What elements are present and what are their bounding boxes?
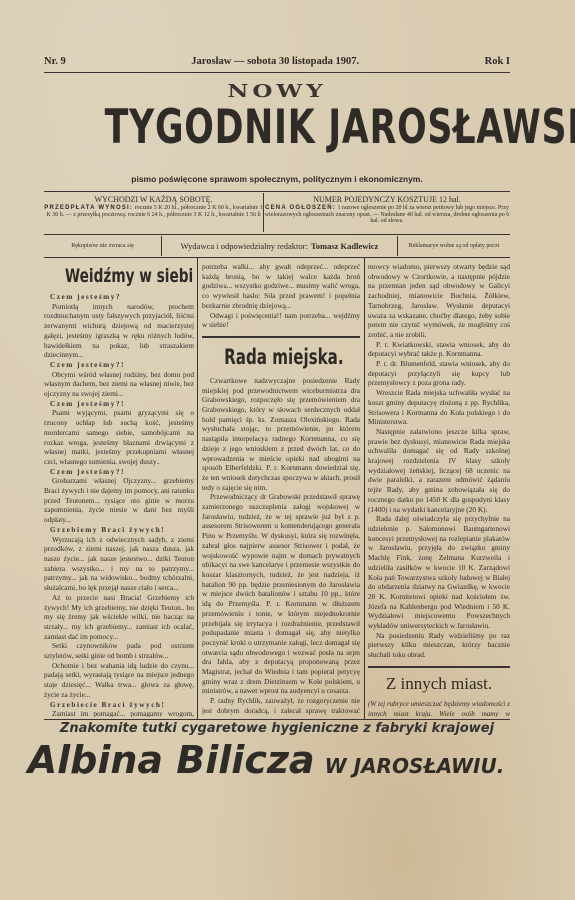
article-paragraph: Obcymi wśród własnej rodziny, bez domu p… (44, 370, 194, 399)
article-paragraph: Następnie załatwiono jeszcze kilka spraw… (368, 427, 510, 514)
article-subheading: Czem jesteśmy? (44, 292, 194, 302)
article-subheading: Czem jesteśmy?! (44, 467, 194, 477)
article-paragraph: Zamiast im pomagać... pomagamy wrogom, d… (44, 709, 194, 717)
divider (44, 257, 510, 258)
article-intro: (W tej rubryce umieszczać będziemy wiado… (368, 700, 510, 717)
divider (44, 719, 510, 720)
article-paragraph: Aż to przecie nasi Bracia! Grzebiemy ich… (44, 593, 194, 642)
newspaper-title: TYGODNIK JAROSŁAWSKI (105, 104, 450, 151)
column-divider (364, 258, 365, 719)
column-3: mowcy wiadomo, pierwszy otwarty będzie s… (368, 262, 510, 717)
year-label: Rok I (485, 56, 510, 67)
article-paragraph: Grobarzami własnej Ojczyzny... grzebiemy… (44, 476, 194, 525)
single-issue-price: NUMER POJEDYNCZY KOSZTUJE 12 hal. (264, 195, 510, 205)
article-paragraph: potrzeba walki... aby gwałt odeprzeć... … (202, 262, 360, 311)
subscription-info: WYCHODZI W KAŻDĄ SOBOTĘ. PRZEDPŁATA WYNO… (44, 193, 264, 232)
article-subheading: Czem jesteśmy?! (44, 360, 194, 370)
article-paragraph: Odwagi i poświęcenia!! nam potrzeba... w… (202, 311, 360, 330)
divider (44, 72, 510, 73)
article-paragraph: Rada dalej oświadczyła się przychylnie n… (368, 514, 510, 630)
divider (44, 191, 510, 192)
article-paragraph: Wyrzucają ich z odwiecznych sadyb, z zie… (44, 535, 194, 593)
article-paragraph: Setki czynowników pada pod ostrzem sztyl… (44, 641, 194, 660)
article-separator (202, 336, 360, 338)
issue-number: Nr. 9 (44, 56, 66, 67)
editor-name: Tomasz Kadlewicz (311, 241, 378, 251)
advert-pricing-info: NUMER POJEDYNCZY KOSZTUJE 12 hal. CENA O… (264, 193, 510, 232)
article-heading: Rada miejska. (224, 346, 338, 368)
advert-tagline: Znakomite tutki cygaretowe hygieniczne z… (44, 721, 510, 736)
masthead-top-line: Nr. 9 Jarosław — sobota 30 listopada 190… (44, 56, 510, 67)
advert-company-name: Albina Bilicza (28, 738, 315, 782)
subscription-info-box: WYCHODZI W KAŻDĄ SOBOTĘ. PRZEDPŁATA WYNO… (44, 193, 510, 232)
column-1: Weidźmy w siebie... Czem jesteśmy? Pomio… (44, 262, 194, 717)
article-paragraph: Psami wyjącymi, psami gryzącymi się o rz… (44, 408, 194, 466)
manuscripts-note: Rękopisów nie zwraca się (44, 236, 162, 256)
article-heading: Z innych miast. (368, 674, 510, 694)
divider (44, 234, 510, 235)
article-paragraph: Na posiedzeniu Rady widzieliśmy po raz p… (368, 631, 510, 660)
article-paragraph: Wreszcie Rada miejska uchwaliła wysłać n… (368, 388, 510, 427)
subscription-price: PRZEDPŁATA WYNOSI: rocznie 5 K 20 hl., p… (44, 205, 263, 218)
article-paragraph: P. radny Rychlik, zauważył, że rozgorycz… (202, 696, 360, 717)
column-2: potrzeba walki... aby gwałt odeprzeć... … (202, 262, 360, 717)
editor-bar: Rękopisów nie zwraca się Wydawca i odpow… (44, 236, 510, 256)
article-paragraph: Ochotnie i bez wahania idą ludzie do czy… (44, 661, 194, 700)
editor-credit: Wydawca i odpowiedzialny redaktor: Tomas… (162, 236, 398, 256)
article-separator (368, 666, 510, 668)
pretitle: NOWY (44, 81, 510, 101)
article-paragraph: mowcy wiadomo, pierwszy otwarty będzie s… (368, 262, 510, 340)
article-paragraph: Pomiotłą innych narodów, prochem rozdmuc… (44, 302, 194, 360)
newspaper-subtitle: pismo poświęcone sprawom społecznym, pol… (44, 174, 510, 184)
article-paragraph: Przewodniczący dr Grabowski przedstawił … (202, 492, 360, 696)
dateline: Jarosław — sobota 30 listopada 1907. (191, 56, 359, 67)
article-heading: Weidźmy w siebie... (65, 266, 173, 286)
publication-schedule: WYCHODZI W KAŻDĄ SOBOTĘ. (44, 195, 263, 205)
advert-headline: Albina Bilicza W JAROSŁAWIU. (6, 738, 526, 782)
article-paragraph: P. r. Kwiatkowski, stawia wniosek, aby d… (368, 340, 510, 359)
article-paragraph: Czwartkowe nadzwyczajne posiedzenie Rady… (202, 376, 360, 492)
advert-location: W JAROSŁAWIU. (325, 754, 505, 778)
article-subheading: Grzebiecie Braci żywych! (44, 700, 194, 710)
article-subheading: Czem jesteśmy?! (44, 399, 194, 409)
article-subheading: Grzebiemy Braci żywych! (44, 525, 194, 535)
column-divider (197, 258, 198, 719)
advert-price: CENA OGŁOSZEŃ: 1 razowe ogłoszenie po 20… (264, 205, 510, 225)
article-paragraph: P. r. dr. Blumenfeld, stawia wniosek, ab… (368, 359, 510, 388)
complaints-note: Reklamacye wolne są od opłaty poczt (398, 243, 510, 249)
